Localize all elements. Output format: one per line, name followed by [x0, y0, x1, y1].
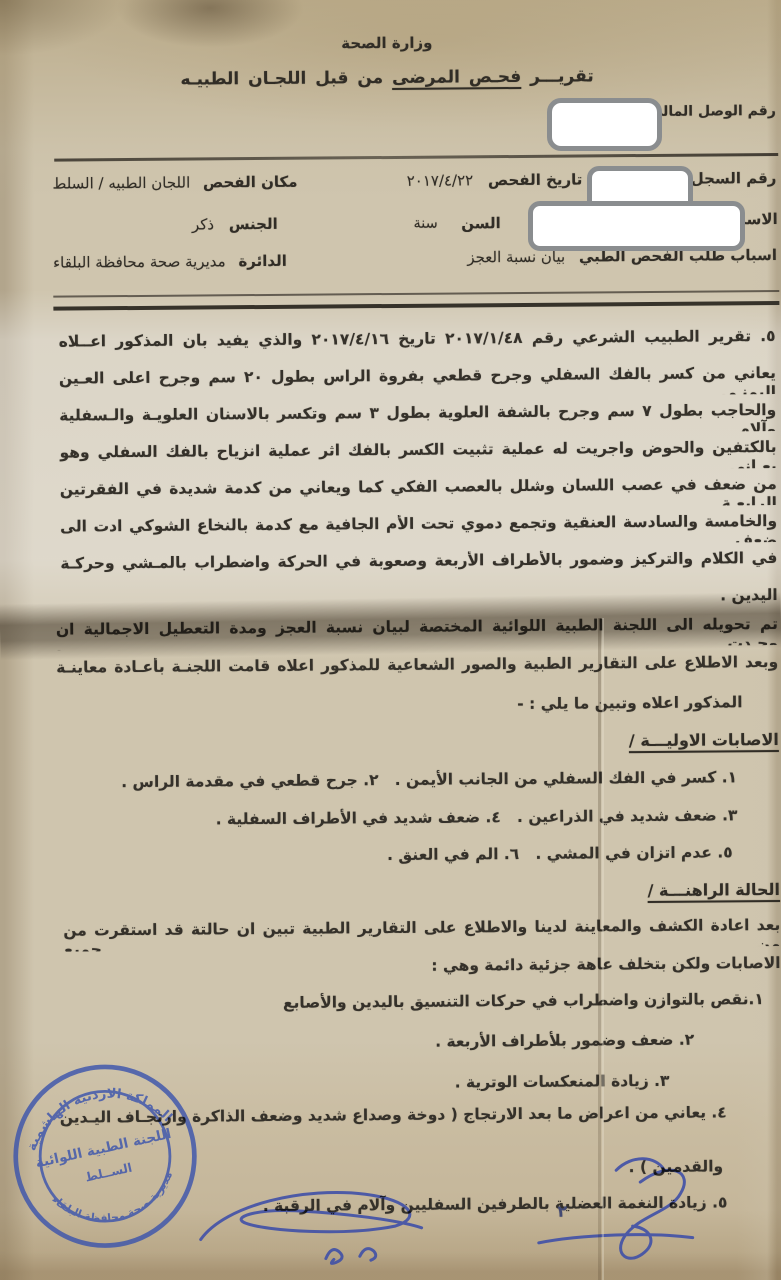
referral-line: تم تحويله الى اللجنة الطبية اللوائية الم… — [56, 615, 778, 651]
gender-row: الجنس ذكر — [192, 215, 278, 234]
report-paragraph-line: والحاجب بطول ٧ سم وجرح بالشفة العلوية بط… — [59, 401, 776, 437]
report-paragraph-line: في الكلام والتركيز وضمور بالأطراف الأربع… — [60, 549, 777, 585]
report-title: تقريـــر فحـص المرضى من قبل اللجـان الطب… — [0, 65, 778, 92]
finding-item: ٣. زيادة المنعكسات الوترية . — [455, 1072, 670, 1093]
divider-thin — [54, 153, 778, 162]
injury-item-line: ١. كسر في الفك السفلي من الجانب الأيمن .… — [121, 768, 737, 792]
receipt-number-label: رقم الوصل المالي — [649, 103, 776, 121]
divider-thick — [53, 290, 779, 311]
review-line: وبعد الاطلاع على التقارير الطبية والصور … — [56, 653, 778, 689]
current-condition-intro-2: الاصابات ولكن بتخلف عاهة جزئية دائمة وهي… — [431, 954, 780, 976]
report-paragraph-line: يعاني من كسر بالفك السفلي وجرح قطعي بفرو… — [59, 364, 776, 400]
finding-item: ١.نقص بالتوازن واضطراب في حركات التنسيق … — [283, 990, 764, 1013]
report-paragraph-line: والخامسة والسادسة العنقية وتجمع دموي تحت… — [60, 512, 777, 548]
redaction-box-receipt-number — [547, 98, 662, 151]
gender-label: الجنس — [229, 215, 278, 233]
exam-date-row: تاريخ الفحص ٢٠١٧/٤/٢٢ — [407, 170, 583, 190]
exam-place-value: اللجان الطبيه / السلط — [52, 174, 190, 193]
department-row: الدائرة مديرية صحة محافظة البلقاء — [53, 252, 287, 273]
gender-value: ذكر — [192, 215, 214, 233]
signature-left — [185, 1178, 436, 1280]
exam-date-value: ٢٠١٧/٤/٢٢ — [407, 171, 474, 190]
exam-date-label: تاريخ الفحص — [488, 170, 583, 189]
injury-item-line: ٥. عدم اتزان في المشي . ٦. الم في العنق … — [387, 843, 733, 865]
injuries-section-title: الاصابات الاوليـــة / — [629, 730, 779, 751]
department-label: الدائرة — [238, 252, 287, 270]
review-line-2: المذكور اعلاه وتبين ما يلي : - — [517, 693, 742, 714]
report-title-post: من قبل اللجـان الطبيـه — [180, 68, 392, 90]
finding-item: ٢. ضعف وضمور بلأطراف الأربعة . — [435, 1031, 694, 1052]
ministry-title: وزارة الصحة — [0, 31, 777, 56]
document-photo: وزارة الصحة تقريـــر فحـص المرضى من قبل … — [0, 0, 781, 1280]
injury-item-line: ٣. ضعف شديد في الذراعين . ٤. ضعف شديد في… — [216, 806, 738, 829]
stamp-center-line-1: اللجنة الطبية اللوائية — [34, 1126, 173, 1171]
report-title-pre: تقريـــر — [521, 66, 594, 87]
redaction-box-name — [528, 201, 745, 251]
report-paragraph-line: ٥. تقرير الطبيب الشرعي رقم ٢٠١٧/١/٤٨ تار… — [59, 327, 776, 363]
exam-place-label: مكان الفحص — [203, 173, 298, 192]
report-paragraph-line: بالكتفين والحوض واجريت له عملية تثبيت ال… — [59, 438, 776, 474]
report-paragraph-line: اليدين . — [720, 586, 778, 606]
current-condition-intro: بعد اعادة الكشف والمعاينة لدينا والاطلاع… — [63, 916, 780, 952]
exam-place-row: مكان الفحص اللجان الطبيه / السلط — [52, 173, 297, 194]
stamp-center-line-2: الســلط — [84, 1161, 134, 1185]
age-label: السن — [461, 214, 501, 233]
department-value: مديرية صحة محافظة البلقاء — [53, 252, 226, 271]
report-title-underlined: فحـص المرضى — [392, 67, 521, 88]
report-paragraph-line: من ضعف في عصب اللسان وشلل بالعصب الفكي ك… — [60, 475, 777, 511]
signature-right — [520, 1149, 721, 1279]
record-number-label: رقم السجل — [691, 169, 777, 188]
current-condition-title: الحالة الراهنـــة / — [648, 880, 781, 901]
age-unit: سنة — [413, 215, 437, 233]
